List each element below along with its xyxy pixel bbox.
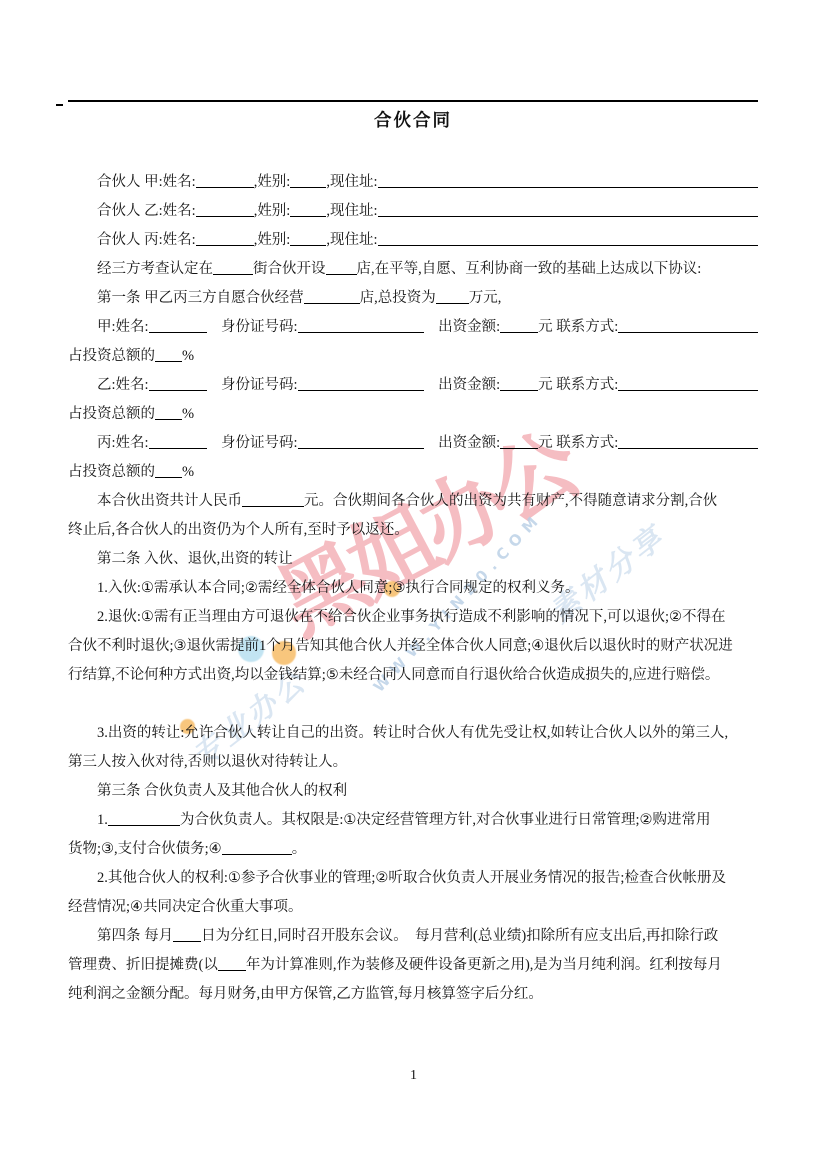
text-run: 纯利润之金额分配。每月财务,由甲方保管,乙方监管,每月核算签字后分红。	[68, 986, 543, 1002]
document-page: 黑姐办公 WWW.YIN20.COM 专业办公 素材分享 合伙合同 合伙人 甲:…	[0, 0, 827, 1169]
blank-field[interactable]	[378, 233, 759, 246]
text-run: 占投资总额的	[68, 406, 155, 422]
text-run: 管理费、折旧提摊费(以	[68, 957, 218, 973]
paragraph-line: 合伙人 甲:姓名: ,姓别: ,现住址:	[68, 168, 758, 197]
text-run: 出资金额:	[424, 429, 501, 458]
header-rule	[68, 100, 758, 102]
paragraph-line: 占投资总额的%	[68, 400, 758, 429]
text-run: 丙:姓名:	[97, 429, 149, 458]
paragraph-line: 行结算,不论何种方式出资,均以金钱结算;⑤未经合同人同意而自行退伙给合伙造成损失…	[68, 661, 758, 690]
text-run: 万元,	[469, 290, 502, 306]
blank-field[interactable]	[326, 262, 357, 275]
paragraph-line: 丙:姓名: 身份证号码: 出资金额: 元 联系方式:	[68, 429, 758, 458]
paragraph-line: 占投资总额的%	[68, 458, 758, 487]
paragraph-line: 合伙人 乙:姓名: ,姓别: ,现住址:	[68, 197, 758, 226]
blank-field[interactable]	[290, 175, 326, 188]
text-run: 店,在平等,自愿、互利协商一致的基础上达成以下协议:	[357, 261, 702, 277]
blank-field[interactable]	[108, 813, 180, 826]
text-run: 身份证号码:	[207, 429, 298, 458]
text-run: 经营情况;④共同决定合伙重大事项。	[68, 899, 303, 915]
text-run: 出资金额:	[424, 313, 501, 342]
text-run: 货物;③,支付合伙债务;④	[68, 841, 222, 857]
text-run: 3.出资的转让:允许合伙人转让自己的出资。转让时合伙人有优先受让权,如转让合伙人…	[97, 725, 728, 741]
text-run: 合伙人 乙:姓名:	[97, 197, 196, 226]
text-run: 身份证号码:	[207, 313, 298, 342]
text-run: 第一条 甲乙丙三方自愿合伙经营	[97, 290, 304, 306]
text-run: 合伙不利时退伙;③退伙需提前1个月告知其他合伙人并经全体合伙人同意;④退伙后以退…	[68, 638, 733, 654]
blank-field[interactable]	[218, 958, 246, 971]
text-run: 甲:姓名:	[97, 313, 149, 342]
text-run: 元。合伙期间各合伙人的出资为共有财产,不得随意请求分割,合伙	[304, 493, 717, 509]
blank-field[interactable]	[149, 436, 207, 449]
text-run: 第四条 每月	[97, 928, 173, 944]
paragraph-line: 甲:姓名: 身份证号码: 出资金额: 元 联系方式:	[68, 313, 758, 342]
blank-field[interactable]	[155, 465, 182, 478]
blank-field[interactable]	[173, 929, 201, 942]
text-run: ,姓别:	[254, 226, 291, 255]
paragraph-line: 占投资总额的%	[68, 342, 758, 371]
text-run: 终止后,各合伙人的出资仍为个人所有,至时予以返还。	[68, 522, 409, 538]
blank-field[interactable]	[378, 204, 759, 217]
text-run: 1.入伙:①需承认本合同;②需经全体合伙人同意;③执行合同规定的权利义务。	[97, 580, 579, 596]
text-run: 为合伙负责人。其权限是:①决定经营管理方针,对合伙事业进行日常管理;②购进常用	[180, 812, 711, 828]
contract-sheet: 合伙合同 合伙人 甲:姓名: ,姓别: ,现住址: 合伙人 乙:姓名: ,姓别:…	[68, 0, 758, 1009]
document-body: 合伙人 甲:姓名: ,姓别: ,现住址: 合伙人 乙:姓名: ,姓别: ,现住址…	[68, 168, 758, 1009]
blank-field[interactable]	[618, 320, 758, 333]
blank-field[interactable]	[149, 378, 207, 391]
text-run: ,现住址:	[326, 226, 377, 255]
paragraph-line: 经三方考查认定在街合伙开设店,在平等,自愿、互利协商一致的基础上达成以下协议:	[68, 255, 758, 284]
blank-field[interactable]	[500, 378, 538, 391]
paragraph-line: 纯利润之金额分配。每月财务,由甲方保管,乙方监管,每月核算签字后分红。	[68, 980, 758, 1009]
blank-field[interactable]	[290, 233, 326, 246]
blank-field[interactable]	[242, 494, 304, 507]
blank-field[interactable]	[378, 175, 759, 188]
paragraph-line: 终止后,各合伙人的出资仍为个人所有,至时予以返还。	[68, 516, 758, 545]
blank-field[interactable]	[222, 842, 292, 855]
blank-field[interactable]	[618, 436, 758, 449]
text-run: 2.其他合伙人的权利:①参予合伙事业的管理;②听取合伙负责人开展业务情况的报告;…	[97, 870, 726, 886]
paragraph-line: 3.出资的转让:允许合伙人转让自己的出资。转让时合伙人有优先受让权,如转让合伙人…	[68, 719, 758, 748]
page-number: 1	[0, 1068, 827, 1084]
paragraph-line: 乙:姓名: 身份证号码: 出资金额: 元 联系方式:	[68, 371, 758, 400]
text-run: 街合伙开设	[253, 261, 326, 277]
paragraph-line: 合伙人 丙:姓名: ,姓别: ,现住址:	[68, 226, 758, 255]
blank-field[interactable]	[155, 407, 182, 420]
text-run: 元 联系方式:	[538, 371, 618, 400]
blank-field[interactable]	[155, 349, 182, 362]
text-run: 出资金额:	[424, 371, 501, 400]
text-run: ,现住址:	[326, 197, 377, 226]
text-run: 元 联系方式:	[538, 313, 618, 342]
blank-field[interactable]	[196, 175, 254, 188]
text-run: %	[182, 406, 194, 422]
text-run: %	[182, 348, 194, 364]
blank-field[interactable]	[196, 233, 254, 246]
blank-field[interactable]	[304, 291, 360, 304]
text-run: 1.	[97, 812, 108, 828]
paragraph-line: 第二条 入伙、退伙,出资的转让	[68, 545, 758, 574]
header-rule-tick	[56, 104, 63, 106]
text-run: 2.退伙:①需有正当理由方可退伙在不给合伙企业事务执行造成不利影响的情况下,可以…	[97, 609, 726, 625]
text-run: 店,总投资为	[360, 290, 436, 306]
text-run: ,姓别:	[254, 168, 291, 197]
text-run: 行结算,不论何种方式出资,均以金钱结算;⑤未经合同人同意而自行退伙给合伙造成损失…	[68, 667, 719, 683]
paragraph-line: 第四条 每月日为分红日,同时召开股东会议。 每月营利(总业绩)扣除所有应支出后,…	[68, 922, 758, 951]
text-run: 本合伙出资共计人民币	[97, 493, 242, 509]
blank-field[interactable]	[618, 378, 758, 391]
text-run: ,现住址:	[326, 168, 377, 197]
paragraph-line: 经营情况;④共同决定合伙重大事项。	[68, 893, 758, 922]
blank-field[interactable]	[500, 436, 538, 449]
blank-field[interactable]	[290, 204, 326, 217]
text-run: 日为分红日,同时召开股东会议。 每月营利(总业绩)扣除所有应支出后,再扣除行政	[201, 928, 718, 944]
paragraph-line: 第三人按入伙对待,否则以退伙对待转让人。	[68, 748, 758, 777]
blank-field[interactable]	[149, 320, 207, 333]
text-run: 元 联系方式:	[538, 429, 618, 458]
paragraph-line: 合伙不利时退伙;③退伙需提前1个月告知其他合伙人并经全体合伙人同意;④退伙后以退…	[68, 632, 758, 661]
paragraph-line: 管理费、折旧提摊费(以年为计算准则,作为装修及硬件设备更新之用),是为当月纯利润…	[68, 951, 758, 980]
paragraph-line: 货物;③,支付合伙债务;④。	[68, 835, 758, 864]
blank-field[interactable]	[436, 291, 469, 304]
document-title: 合伙合同	[68, 108, 758, 132]
blank-field[interactable]	[298, 378, 424, 391]
paragraph-line: 第一条 甲乙丙三方自愿合伙经营店,总投资为万元,	[68, 284, 758, 313]
paragraph-line: 2.退伙:①需有正当理由方可退伙在不给合伙企业事务执行造成不利影响的情况下,可以…	[68, 603, 758, 632]
blank-field[interactable]	[298, 320, 424, 333]
text-run: 乙:姓名:	[97, 371, 149, 400]
paragraph-line: 第三条 合伙负责人及其他合伙人的权利	[68, 777, 758, 806]
text-run: %	[182, 464, 194, 480]
text-run: 占投资总额的	[68, 464, 155, 480]
paragraph-line: 2.其他合伙人的权利:①参予合伙事业的管理;②听取合伙负责人开展业务情况的报告;…	[68, 864, 758, 893]
paragraph-line: 1.为合伙负责人。其权限是:①决定经营管理方针,对合伙事业进行日常管理;②购进常…	[68, 806, 758, 835]
text-run: 第三人按入伙对待,否则以退伙对待转让人。	[68, 754, 347, 770]
text-run: 经三方考查认定在	[97, 261, 213, 277]
text-run: 年为计算准则,作为装修及硬件设备更新之用),是为当月纯利润。红利按每月	[246, 957, 722, 973]
paragraph-line: 1.入伙:①需承认本合同;②需经全体合伙人同意;③执行合同规定的权利义务。	[68, 574, 758, 603]
blank-line	[68, 690, 758, 719]
text-run: 合伙人 甲:姓名:	[97, 168, 196, 197]
blank-field[interactable]	[500, 320, 538, 333]
paragraph-line: 本合伙出资共计人民币元。合伙期间各合伙人的出资为共有财产,不得随意请求分割,合伙	[68, 487, 758, 516]
text-run: 占投资总额的	[68, 348, 155, 364]
blank-field[interactable]	[196, 204, 254, 217]
text-run: 合伙人 丙:姓名:	[97, 226, 196, 255]
text-run: ,姓别:	[254, 197, 291, 226]
text-run: 身份证号码:	[207, 371, 298, 400]
text-run: 。	[292, 841, 307, 857]
text-run: 第二条 入伙、退伙,出资的转让	[97, 551, 293, 567]
text-run: 第三条 合伙负责人及其他合伙人的权利	[97, 783, 347, 799]
blank-field[interactable]	[213, 262, 253, 275]
blank-field[interactable]	[298, 436, 424, 449]
